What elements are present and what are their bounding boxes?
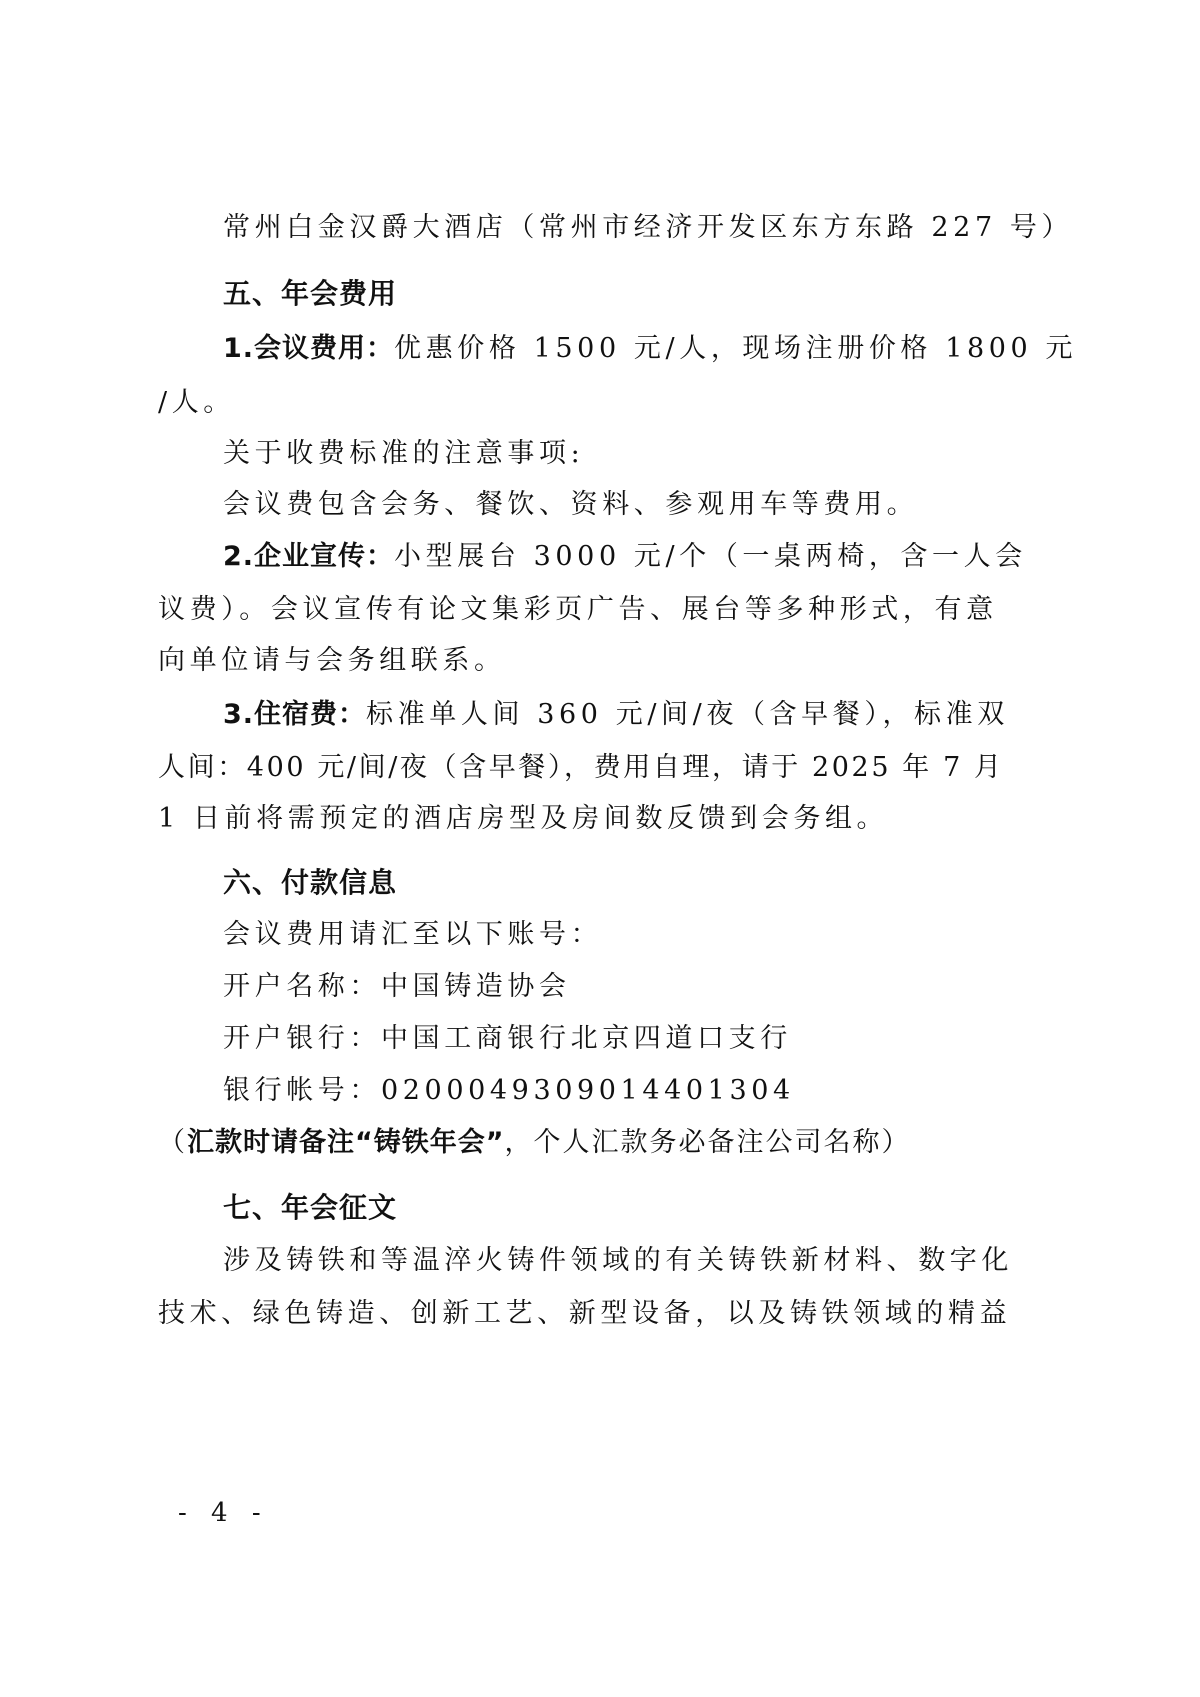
meeting-fee-line-1: 1.会议费用：优惠价格 1500 元/人，现场注册价格 1800 元 [223, 331, 1077, 367]
promotion-line-3: 向单位请与会务组联系。 [158, 643, 506, 679]
page-number: - 4 - [178, 1497, 269, 1529]
account-name: 开户名称：中国铸造协会 [223, 969, 571, 1005]
section-heading-papers: 七、年会征文 [223, 1190, 397, 1226]
section-heading-fees: 五、年会费用 [223, 276, 397, 312]
document-page: 常州白金汉爵大酒店（常州市经济开发区东方东路 227 号） 五、年会费用 1.会… [0, 0, 1200, 1697]
remark-rest: ，个人汇款务必备注公司名称） [505, 1127, 911, 1158]
promotion-line-1: 2.企业宣传：小型展台 3000 元/个（一桌两椅，含一人会 [223, 539, 1027, 575]
fee-notes-title: 关于收费标准的注意事项: [223, 436, 584, 472]
meeting-fee-text: 优惠价格 1500 元/人，现场注册价格 1800 元 [394, 333, 1077, 364]
accommodation-line-2: 人间：400 元/间/夜（含早餐），费用自理，请于 2025 年 7 月 [158, 750, 1004, 786]
accommodation-line-1: 3.住宿费：标准单人间 360 元/间/夜（含早餐），标准双 [223, 697, 1009, 733]
promotion-text: 小型展台 3000 元/个（一桌两椅，含一人会 [394, 541, 1027, 572]
papers-line-2: 技术、绿色铸造、创新工艺、新型设备，以及铸铁领域的精益 [158, 1296, 1011, 1332]
bank-name: 开户银行：中国工商银行北京四道口支行 [223, 1021, 792, 1057]
payment-remark: （汇款时请备注“铸铁年会”，个人汇款务必备注公司名称） [158, 1125, 911, 1161]
account-number: 银行帐号：0200049309014401304 [223, 1073, 795, 1109]
fee-notes-body: 会议费包含会务、餐饮、资料、参观用车等费用。 [223, 487, 918, 523]
remark-open-paren: （ [158, 1127, 187, 1158]
promotion-label: 2.企业宣传： [223, 541, 394, 572]
accommodation-text: 标准单人间 360 元/间/夜（含早餐），标准双 [366, 699, 1009, 730]
promotion-line-2: 议费）。会议宣传有论文集彩页广告、展台等多种形式，有意 [158, 592, 998, 628]
remark-bold: 汇款时请备注“铸铁年会” [187, 1127, 505, 1158]
meeting-fee-label: 1.会议费用： [223, 333, 394, 364]
payment-intro: 会议费用请汇至以下账号： [223, 917, 602, 953]
accommodation-line-3: 1 日前将需预定的酒店房型及房间数反馈到会务组。 [158, 801, 888, 837]
section-heading-payment: 六、付款信息 [223, 865, 397, 901]
venue-line: 常州白金汉爵大酒店（常州市经济开发区东方东路 227 号） [223, 210, 1073, 246]
papers-line-1: 涉及铸铁和等温淬火铸件领域的有关铸铁新材料、数字化 [223, 1243, 1013, 1279]
accommodation-label: 3.住宿费： [223, 699, 366, 730]
meeting-fee-line-2: /人。 [158, 385, 235, 421]
